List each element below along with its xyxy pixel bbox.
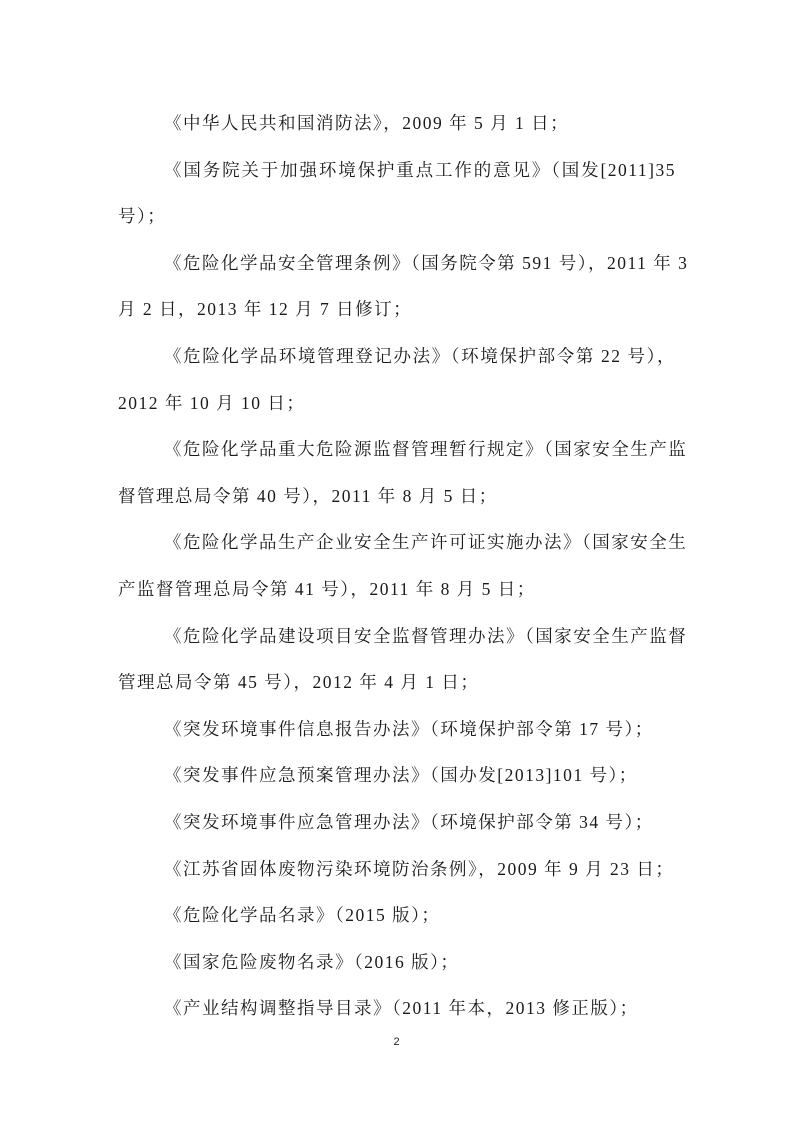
regulation-line: 《危险化学品生产企业安全生产许可证实施办法》（国家安全生 <box>118 519 676 566</box>
regulation-line: 《突发环境事件信息报告办法》（环境保护部令第 17 号）； <box>118 706 676 753</box>
regulation-line: 《危险化学品环境管理登记办法》（环境保护部令第 22 号）， <box>118 333 676 380</box>
regulation-item: 《产业结构调整指导目录》（2011 年本，2013 修正版）； <box>118 985 676 1032</box>
regulation-item: 《中华人民共和国消防法》，2009 年 5 月 1 日； <box>118 100 676 147</box>
regulation-line: 《危险化学品重大危险源监督管理暂行规定》（国家安全生产监 <box>118 426 676 473</box>
regulation-line: 《危险化学品名录》（2015 版）； <box>118 892 676 939</box>
page-number: 2 <box>0 1036 793 1048</box>
regulation-item: 《国务院关于加强环境保护重点工作的意见》（国发[2011]35 号）； <box>118 147 676 240</box>
regulation-item: 《危险化学品环境管理登记办法》（环境保护部令第 22 号）， 2012 年 10… <box>118 333 676 426</box>
regulation-item: 《危险化学品生产企业安全生产许可证实施办法》（国家安全生 产监督管理总局令第 4… <box>118 519 676 612</box>
regulation-line: 《突发事件应急预案管理办法》（国办发[2013]101 号）； <box>118 752 676 799</box>
regulation-item: 《江苏省固体废物污染环境防治条例》，2009 年 9 月 23 日； <box>118 846 676 893</box>
regulation-line: 《国务院关于加强环境保护重点工作的意见》（国发[2011]35 <box>118 147 676 194</box>
regulation-item: 《危险化学品名录》（2015 版）； <box>118 892 676 939</box>
regulation-item: 《突发环境事件信息报告办法》（环境保护部令第 17 号）； <box>118 706 676 753</box>
regulation-line: 2012 年 10 月 10 日； <box>118 380 676 427</box>
regulation-item: 《突发环境事件应急管理办法》（环境保护部令第 34 号）； <box>118 799 676 846</box>
regulation-line: 《危险化学品安全管理条例》（国务院令第 591 号），2011 年 3 <box>118 240 676 287</box>
regulation-line: 《国家危险废物名录》（2016 版）； <box>118 939 676 986</box>
regulation-line: 月 2 日，2013 年 12 月 7 日修订； <box>118 286 676 333</box>
regulation-line: 《危险化学品建设项目安全监督管理办法》（国家安全生产监督 <box>118 613 676 660</box>
regulation-line: 管理总局令第 45 号），2012 年 4 月 1 日； <box>118 659 676 706</box>
regulation-item: 《危险化学品建设项目安全监督管理办法》（国家安全生产监督 管理总局令第 45 号… <box>118 613 676 706</box>
regulation-line: 督管理总局令第 40 号），2011 年 8 月 5 日； <box>118 473 676 520</box>
regulation-line: 《产业结构调整指导目录》（2011 年本，2013 修正版）； <box>118 985 676 1032</box>
regulation-item: 《危险化学品重大危险源监督管理暂行规定》（国家安全生产监 督管理总局令第 40 … <box>118 426 676 519</box>
regulation-item: 《危险化学品安全管理条例》（国务院令第 591 号），2011 年 3 月 2 … <box>118 240 676 333</box>
document-page: 《中华人民共和国消防法》，2009 年 5 月 1 日； 《国务院关于加强环境保… <box>0 0 793 1122</box>
regulation-item: 《国家危险废物名录》（2016 版）； <box>118 939 676 986</box>
regulation-line: 《突发环境事件应急管理办法》（环境保护部令第 34 号）； <box>118 799 676 846</box>
regulation-line: 《中华人民共和国消防法》，2009 年 5 月 1 日； <box>118 100 676 147</box>
regulations-list: 《中华人民共和国消防法》，2009 年 5 月 1 日； 《国务院关于加强环境保… <box>118 100 676 1032</box>
regulation-item: 《突发事件应急预案管理办法》（国办发[2013]101 号）； <box>118 752 676 799</box>
regulation-line: 《江苏省固体废物污染环境防治条例》，2009 年 9 月 23 日； <box>118 846 676 893</box>
regulation-line: 号）； <box>118 193 676 240</box>
regulation-line: 产监督管理总局令第 41 号），2011 年 8 月 5 日； <box>118 566 676 613</box>
